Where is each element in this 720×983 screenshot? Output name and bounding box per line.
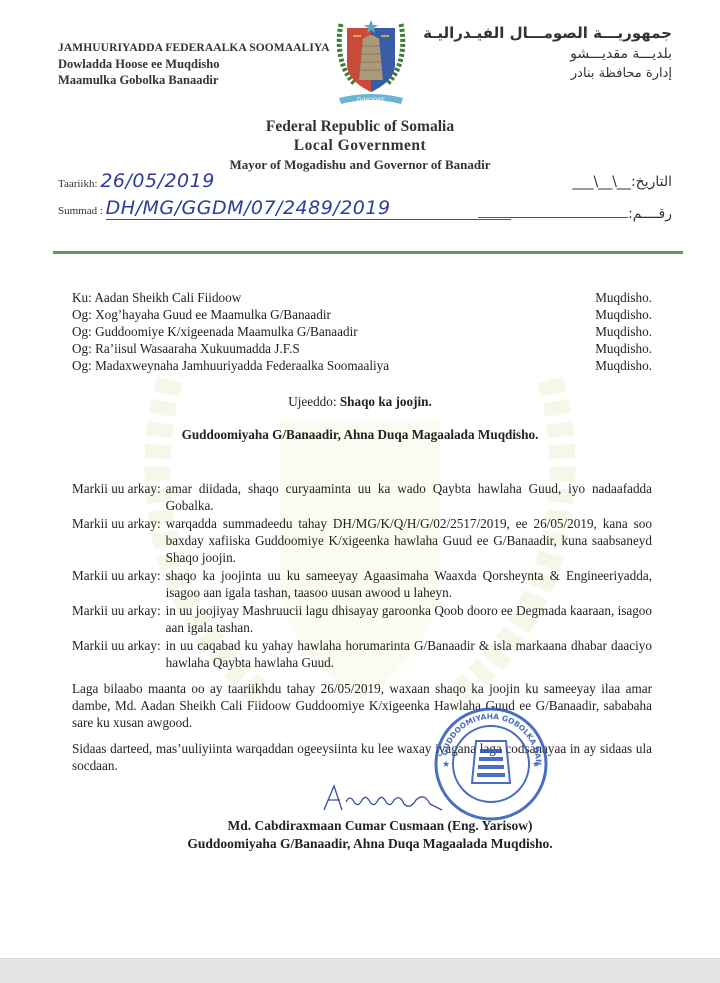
recipient-row: Og: Guddoomiye K/xigeenada Maamulka G/Ba… (72, 323, 652, 340)
whereas-item: Markii uu arkay: in uu joojiyay Mashruuc… (72, 602, 652, 636)
letterhead-arabic-line-1: جمهوريـــة الصومـــال الفيـدراليـة (423, 22, 672, 44)
recipient-row: Og: Madaxweynaha Jamhuuriyadda Federaalk… (72, 357, 652, 374)
decision-paragraph: Laga bilaabo maanta oo ay taariikhdu tah… (72, 680, 652, 731)
recipient-row: Og: Ra’iisul Wasaaraha Xukuumadda J.F.S … (72, 340, 652, 357)
subject-value: Shaqo ka joojin. (340, 394, 432, 409)
issuing-authority: Guddoomiyaha G/Banaadir, Ahna Duqa Magaa… (0, 427, 720, 443)
letter-page: JAMHUURIYADDA FEDERAALKA SOOMAALIYA Dowl… (0, 0, 720, 958)
date-blank-arabic: __\__\___ (573, 174, 631, 190)
subject-line: Ujeeddo: Shaqo ka joojin. (0, 394, 720, 410)
whereas-item: Markii uu arkay: in uu caqabad ku yahay … (72, 637, 652, 671)
closing-paragraph: Sidaas darteed, mas’uuliyiinta warqaddan… (72, 740, 652, 774)
reference-label: Summad : (58, 205, 103, 217)
whereas-item: Markii uu arkay: shaqo ka joojinta uu ku… (72, 567, 652, 601)
letterhead-arabic-line-3: إدارة محافظة بنادر (423, 64, 672, 84)
reference-field-arabic: رقــــم: (478, 206, 672, 222)
reference-blank-arabic (478, 217, 628, 218)
date-value: 26/05/2019 (100, 170, 215, 192)
date-label: Taariikh: (58, 178, 98, 190)
letterhead-somali: JAMHUURIYADDA FEDERAALKA SOOMAALIYA Dowl… (58, 40, 330, 88)
letterhead-line-3: Maamulka Gobolka Banaadir (58, 72, 330, 88)
letterhead-arabic-line-2: بلديـــة مقديـــشو (423, 44, 672, 64)
letterhead-arabic: جمهوريـــة الصومـــال الفيـدراليـة بلديـ… (423, 22, 672, 84)
reference-field: Summad : DH/MG/GGDM/07/2489/2019 (58, 197, 511, 220)
recipient-row: Og: Xog’hayaha Guud ee Maamulka G/Banaad… (72, 306, 652, 323)
signer-name: Md. Cabdiraxmaan Cumar Cusmaan (Eng. Yar… (20, 818, 720, 834)
date-field: Taariikh: 26/05/2019 (58, 170, 215, 192)
signer-title: Guddoomiyaha G/Banaadir, Ahna Duqa Magaa… (10, 836, 720, 852)
whereas-item: Markii uu arkay: amar diidada, shaqo cur… (72, 480, 652, 514)
reference-label-arabic: رقــــم: (628, 206, 672, 222)
svg-text:★: ★ (442, 759, 450, 769)
svg-text:D/HOOSE: D/HOOSE (357, 97, 385, 104)
svg-text:GUDDOOMIYAHA GOBOLKA BANAADIR: GUDDOOMIYAHA GOBOLKA BANAADIR (432, 705, 543, 765)
title-federal-republic: Federal Republic of Somalia (0, 118, 720, 136)
header-divider (53, 251, 683, 254)
subject-label: Ujeeddo: (288, 394, 336, 409)
date-field-arabic: التاريخ:__\__\___ (573, 174, 673, 190)
recipient-list: Ku: Aadan Sheikh Cali Fiidoow Muqdisho. … (72, 289, 652, 374)
handwritten-signature-icon (320, 780, 450, 820)
date-label-arabic: التاريخ: (631, 174, 672, 190)
letterhead-line-1: JAMHUURIYADDA FEDERAALKA SOOMAALIYA (58, 40, 330, 56)
whereas-clauses: Markii uu arkay: amar diidada, shaqo cur… (72, 480, 652, 672)
viewer-bottom-bar (0, 958, 720, 983)
title-local-government: Local Government (0, 137, 720, 155)
letterhead-line-2: Dowladda Hoose ee Muqdisho (58, 56, 330, 72)
recipient-row: Ku: Aadan Sheikh Cali Fiidoow Muqdisho. (72, 289, 652, 306)
reference-value: DH/MG/GGDM/07/2489/2019 (106, 197, 511, 220)
coat-of-arms-icon: D/HOOSE (335, 14, 407, 108)
whereas-item: Markii uu arkay: warqadda summadeedu tah… (72, 515, 652, 566)
